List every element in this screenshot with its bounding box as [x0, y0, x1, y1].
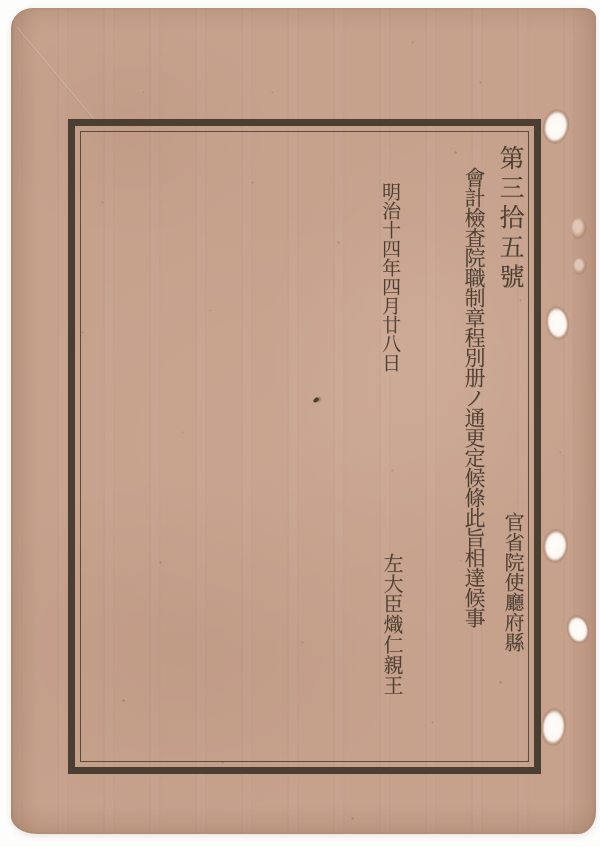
document-number: 第三拾五號: [497, 145, 522, 293]
addressee-text: 官省院使廳府縣: [502, 512, 522, 652]
foxing-specks: [0, 0, 1, 1]
date-text: 明治十四年四月廿八日: [380, 182, 399, 372]
document-body-text: 會計檢査院職制章程別册ノ通更定候條此旨相達候事: [463, 167, 484, 627]
scanned-document: 第三拾五號 會計檢査院職制章程別册ノ通更定候條此旨相達候事 官省院使廳府縣 明治…: [0, 0, 600, 847]
signature-text: 左大臣熾仁親王: [381, 553, 401, 695]
paper-dent: [573, 258, 587, 275]
paper-dent: [571, 218, 587, 240]
